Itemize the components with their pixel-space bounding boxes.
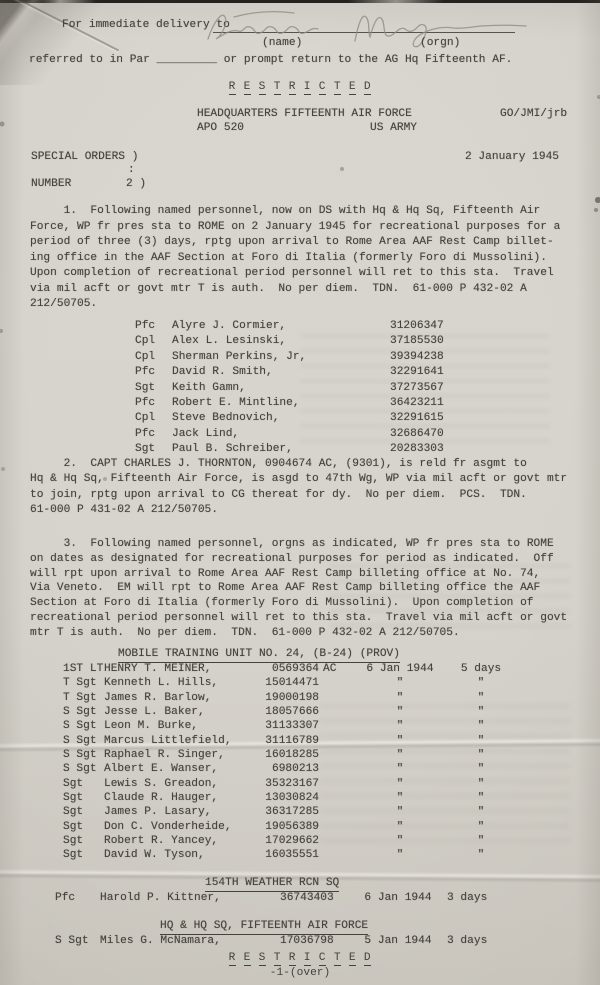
- soldier-name: HENRY T. MEINER,: [104, 662, 211, 677]
- rank: S Sgt: [55, 934, 89, 949]
- serial-number: 0569364: [265, 662, 319, 677]
- soldier-name: Robert E. Mintline,: [172, 396, 300, 411]
- serial-number: 13030824: [265, 791, 319, 806]
- duration-days: ": [452, 734, 510, 749]
- effective-date: ": [358, 719, 442, 734]
- weather-sq-heading: 154TH WEATHER RCN SQ: [205, 876, 339, 892]
- rank: Sgt: [63, 820, 83, 835]
- soldier-name: Lewis S. Greadon,: [104, 777, 218, 792]
- duration-days: ": [452, 834, 510, 849]
- soldier-name: Claude R. Hauger,: [104, 791, 218, 806]
- rank: Pfc: [135, 319, 155, 334]
- soldier-name: Harold P. Kittner,: [100, 891, 221, 906]
- soldier-name: David R. Smith,: [172, 365, 273, 380]
- effective-date: ": [358, 820, 442, 835]
- rank: Sgt: [63, 848, 83, 863]
- serial-number: 17029662: [265, 834, 319, 849]
- roster-row: S Sgt Marcus Littlefield, 31116789 " ": [0, 734, 600, 748]
- effective-date: ": [358, 748, 442, 763]
- serial-number: 39394238: [390, 350, 444, 365]
- soldier-name: Alex L. Lesinski,: [172, 334, 286, 349]
- effective-date: ": [358, 848, 442, 863]
- effective-date: ": [358, 676, 442, 691]
- rank: Sgt: [135, 381, 155, 396]
- rank: Pfc: [135, 365, 155, 380]
- rank: S Sgt: [63, 748, 97, 763]
- serial-number: 6980213: [265, 762, 319, 777]
- rank: Pfc: [55, 891, 75, 906]
- page-number: -1-(over): [0, 966, 600, 981]
- mtu-heading: MOBILE TRAINING UNIT NO. 24, (B-24) (PRO…: [118, 647, 400, 663]
- rank: Sgt: [63, 834, 83, 849]
- serial-number: 17036798: [280, 934, 334, 949]
- roster-mtu: 1ST LT HENRY T. MEINER, 0569364 AC 6 Jan…: [0, 662, 600, 863]
- roster-row: Sgt Robert R. Yancey, 17029662 " ": [0, 834, 600, 848]
- serial-number: 36423211: [390, 396, 444, 411]
- roster-row: T Sgt James R. Barlow, 19000198 " ": [0, 691, 600, 705]
- roster-row: Sgt Don C. Vonderheide, 19056389 " ": [0, 820, 600, 834]
- handwritten-signature: [200, 5, 545, 49]
- serial-number: 32291641: [390, 365, 444, 380]
- roster-row: Pfc David R. Smith, 32291641: [0, 365, 600, 380]
- serial-number: 32686470: [390, 427, 444, 442]
- soldier-name: Steve Bednovich,: [172, 411, 279, 426]
- serial-number: 37273567: [390, 381, 444, 396]
- rank: 1ST LT: [63, 662, 103, 677]
- rank: S Sgt: [63, 719, 97, 734]
- duration-days: ": [452, 691, 510, 706]
- soldier-name: Alyre J. Cormier,: [172, 319, 286, 334]
- serial-number: 19000198: [265, 691, 319, 706]
- soldier-name: Jack Lind,: [172, 427, 239, 442]
- roster-paragraph1: Pfc Alyre J. Cormier, 31206347 Cpl Alex …: [0, 319, 600, 458]
- roster-row: Sgt James P. Lasary, 36317285 " ": [0, 805, 600, 819]
- soldier-name: Leon M. Burke,: [104, 719, 198, 734]
- roster-row: Cpl Alex L. Lesinski, 37185530: [0, 334, 600, 349]
- roster-row: Sgt Lewis S. Greadon, 35323167 " ": [0, 777, 600, 791]
- roster-row: S Sgt Leon M. Burke, 31133307 " ": [0, 719, 600, 733]
- duration-days: ": [452, 748, 510, 763]
- paper-specks: [0, 0, 2, 2]
- roster-row: Sgt Keith Gamn, 37273567: [0, 381, 600, 396]
- orgn-caption: (orgn): [420, 36, 460, 51]
- effective-date: 6 Jan 1944: [358, 662, 442, 677]
- soldier-name: David W. Tyson,: [104, 848, 205, 863]
- roster-row: Pfc Jack Lind, 32686470: [0, 427, 600, 442]
- serial-suffix: AC: [323, 662, 336, 677]
- roster-row: Pfc Robert E. Mintline, 36423211: [0, 396, 600, 411]
- paragraph-2: 2. CAPT CHARLES J. THORNTON, 0904674 AC,…: [30, 457, 586, 518]
- order-date: 2 January 1945: [465, 150, 559, 165]
- roster-row: S Sgt Jesse L. Baker, 18057666 " ": [0, 705, 600, 719]
- rank: Sgt: [63, 791, 83, 806]
- office-reference: GO/JMI/jrb: [500, 107, 567, 122]
- roster-row: Pfc Alyre J. Cormier, 31206347: [0, 319, 600, 334]
- serial-number: 36317285: [265, 805, 319, 820]
- soldier-name: Sherman Perkins, Jr,: [172, 350, 306, 365]
- scan-top-edge: [0, 0, 600, 3]
- soldier-name: Miles G. McNamara,: [100, 934, 221, 949]
- effective-date: ": [358, 691, 442, 706]
- duration-days: ": [452, 791, 510, 806]
- serial-number: 32291615: [390, 411, 444, 426]
- rank: Sgt: [135, 442, 155, 457]
- duration-days: ": [452, 719, 510, 734]
- roster-row: Cpl Steve Bednovich, 32291615: [0, 411, 600, 426]
- effective-date: ": [358, 805, 442, 820]
- roster-row: T Sgt Kenneth L. Hills, 15014471 " ": [0, 676, 600, 690]
- soldier-name: Robert R. Yancey,: [104, 834, 218, 849]
- duration-days: 3 days: [447, 934, 487, 949]
- duration-days: ": [452, 820, 510, 835]
- rank: Pfc: [135, 396, 155, 411]
- effective-date: ": [358, 762, 442, 777]
- name-caption: (name): [262, 36, 302, 51]
- soldier-name: Marcus Littlefield,: [104, 734, 232, 749]
- serial-number: 15014471: [265, 676, 319, 691]
- order-number: 2 ): [126, 177, 146, 192]
- rank: S Sgt: [63, 705, 97, 720]
- serial-number: 35323167: [265, 777, 319, 792]
- serial-number: 16035551: [265, 848, 319, 863]
- effective-date: ": [358, 834, 442, 849]
- duration-days: ": [452, 848, 510, 863]
- effective-date: 6 Jan 1944: [356, 891, 440, 906]
- duration-days: ": [452, 805, 510, 820]
- rank: Sgt: [63, 805, 83, 820]
- hq-sq-heading: HQ & HQ SQ, FIFTEENTH AIR FORCE: [160, 919, 368, 935]
- roster-row: Sgt Paul B. Schreiber, 20283303: [0, 442, 600, 457]
- serial-number: 31133307: [265, 719, 319, 734]
- return-instruction: referred to in Par _________ or prompt r…: [29, 53, 512, 68]
- effective-date: ": [358, 791, 442, 806]
- serial-number: 31206347: [390, 319, 444, 334]
- rank: T Sgt: [63, 676, 97, 691]
- apo-line: APO 520: [197, 121, 244, 136]
- rank: S Sgt: [63, 734, 97, 749]
- special-orders-label: SPECIAL ORDERS ): [31, 150, 138, 165]
- paragraph-3: 3. Following named personnel, orgns as i…: [30, 537, 586, 641]
- number-label: NUMBER: [31, 177, 71, 192]
- serial-number: 20283303: [390, 442, 444, 457]
- roster-row: Sgt Claude R. Hauger, 13030824 " ": [0, 791, 600, 805]
- paper-corner-crease: [0, 0, 160, 85]
- document-page: For immediate delivery to (name) (orgn) …: [0, 0, 600, 985]
- serial-number: 16018285: [265, 748, 319, 763]
- roster-row: S Sgt Raphael R. Singer, 16018285 " ": [0, 748, 600, 762]
- duration-days: ": [452, 762, 510, 777]
- effective-date: 5 Jan 1944: [356, 934, 440, 949]
- roster-row: 1ST LT HENRY T. MEINER, 0569364 AC 6 Jan…: [0, 662, 600, 676]
- serial-number: 36743403: [280, 891, 334, 906]
- effective-date: ": [358, 734, 442, 749]
- soldier-name: Jesse L. Baker,: [104, 705, 205, 720]
- roster-row: Sgt David W. Tyson, 16035551 " ": [0, 848, 600, 862]
- rank: Sgt: [63, 777, 83, 792]
- soldier-name: James R. Barlow,: [104, 691, 211, 706]
- serial-number: 19056389: [265, 820, 319, 835]
- rank: T Sgt: [63, 691, 97, 706]
- roster-row: S Sgt Albert E. Wanser, 6980213 " ": [0, 762, 600, 776]
- classification-banner-top: R E S T R I C T E D: [0, 80, 600, 95]
- rank: Cpl: [135, 350, 155, 365]
- duration-days: ": [452, 676, 510, 691]
- duration-days: 5 days: [452, 662, 510, 677]
- rank: Cpl: [135, 334, 155, 349]
- rank: S Sgt: [63, 762, 97, 777]
- effective-date: ": [358, 705, 442, 720]
- soldier-name: James P. Lasary,: [104, 805, 211, 820]
- effective-date: ": [358, 777, 442, 792]
- soldier-name: Don C. Vonderheide,: [104, 820, 232, 835]
- paragraph-1: 1. Following named personnel, now on DS …: [30, 204, 586, 313]
- duration-days: 3 days: [447, 891, 487, 906]
- soldier-name: Paul B. Schreiber,: [172, 442, 293, 457]
- duration-days: ": [452, 705, 510, 720]
- rank: Pfc: [135, 427, 155, 442]
- roster-row: Cpl Sherman Perkins, Jr, 39394238: [0, 350, 600, 365]
- serial-number: 31116789: [265, 734, 319, 749]
- soldier-name: Raphael R. Singer,: [104, 748, 225, 763]
- soldier-name: Keith Gamn,: [172, 381, 246, 396]
- duration-days: ": [452, 777, 510, 792]
- rank: Cpl: [135, 411, 155, 426]
- army-line: US ARMY: [370, 121, 417, 136]
- serial-number: 37185530: [390, 334, 444, 349]
- classification-banner-bottom: R E S T R I C T E D: [0, 951, 600, 966]
- serial-number: 18057666: [265, 705, 319, 720]
- soldier-name: Kenneth L. Hills,: [104, 676, 218, 691]
- soldier-name: Albert E. Wanser,: [104, 762, 218, 777]
